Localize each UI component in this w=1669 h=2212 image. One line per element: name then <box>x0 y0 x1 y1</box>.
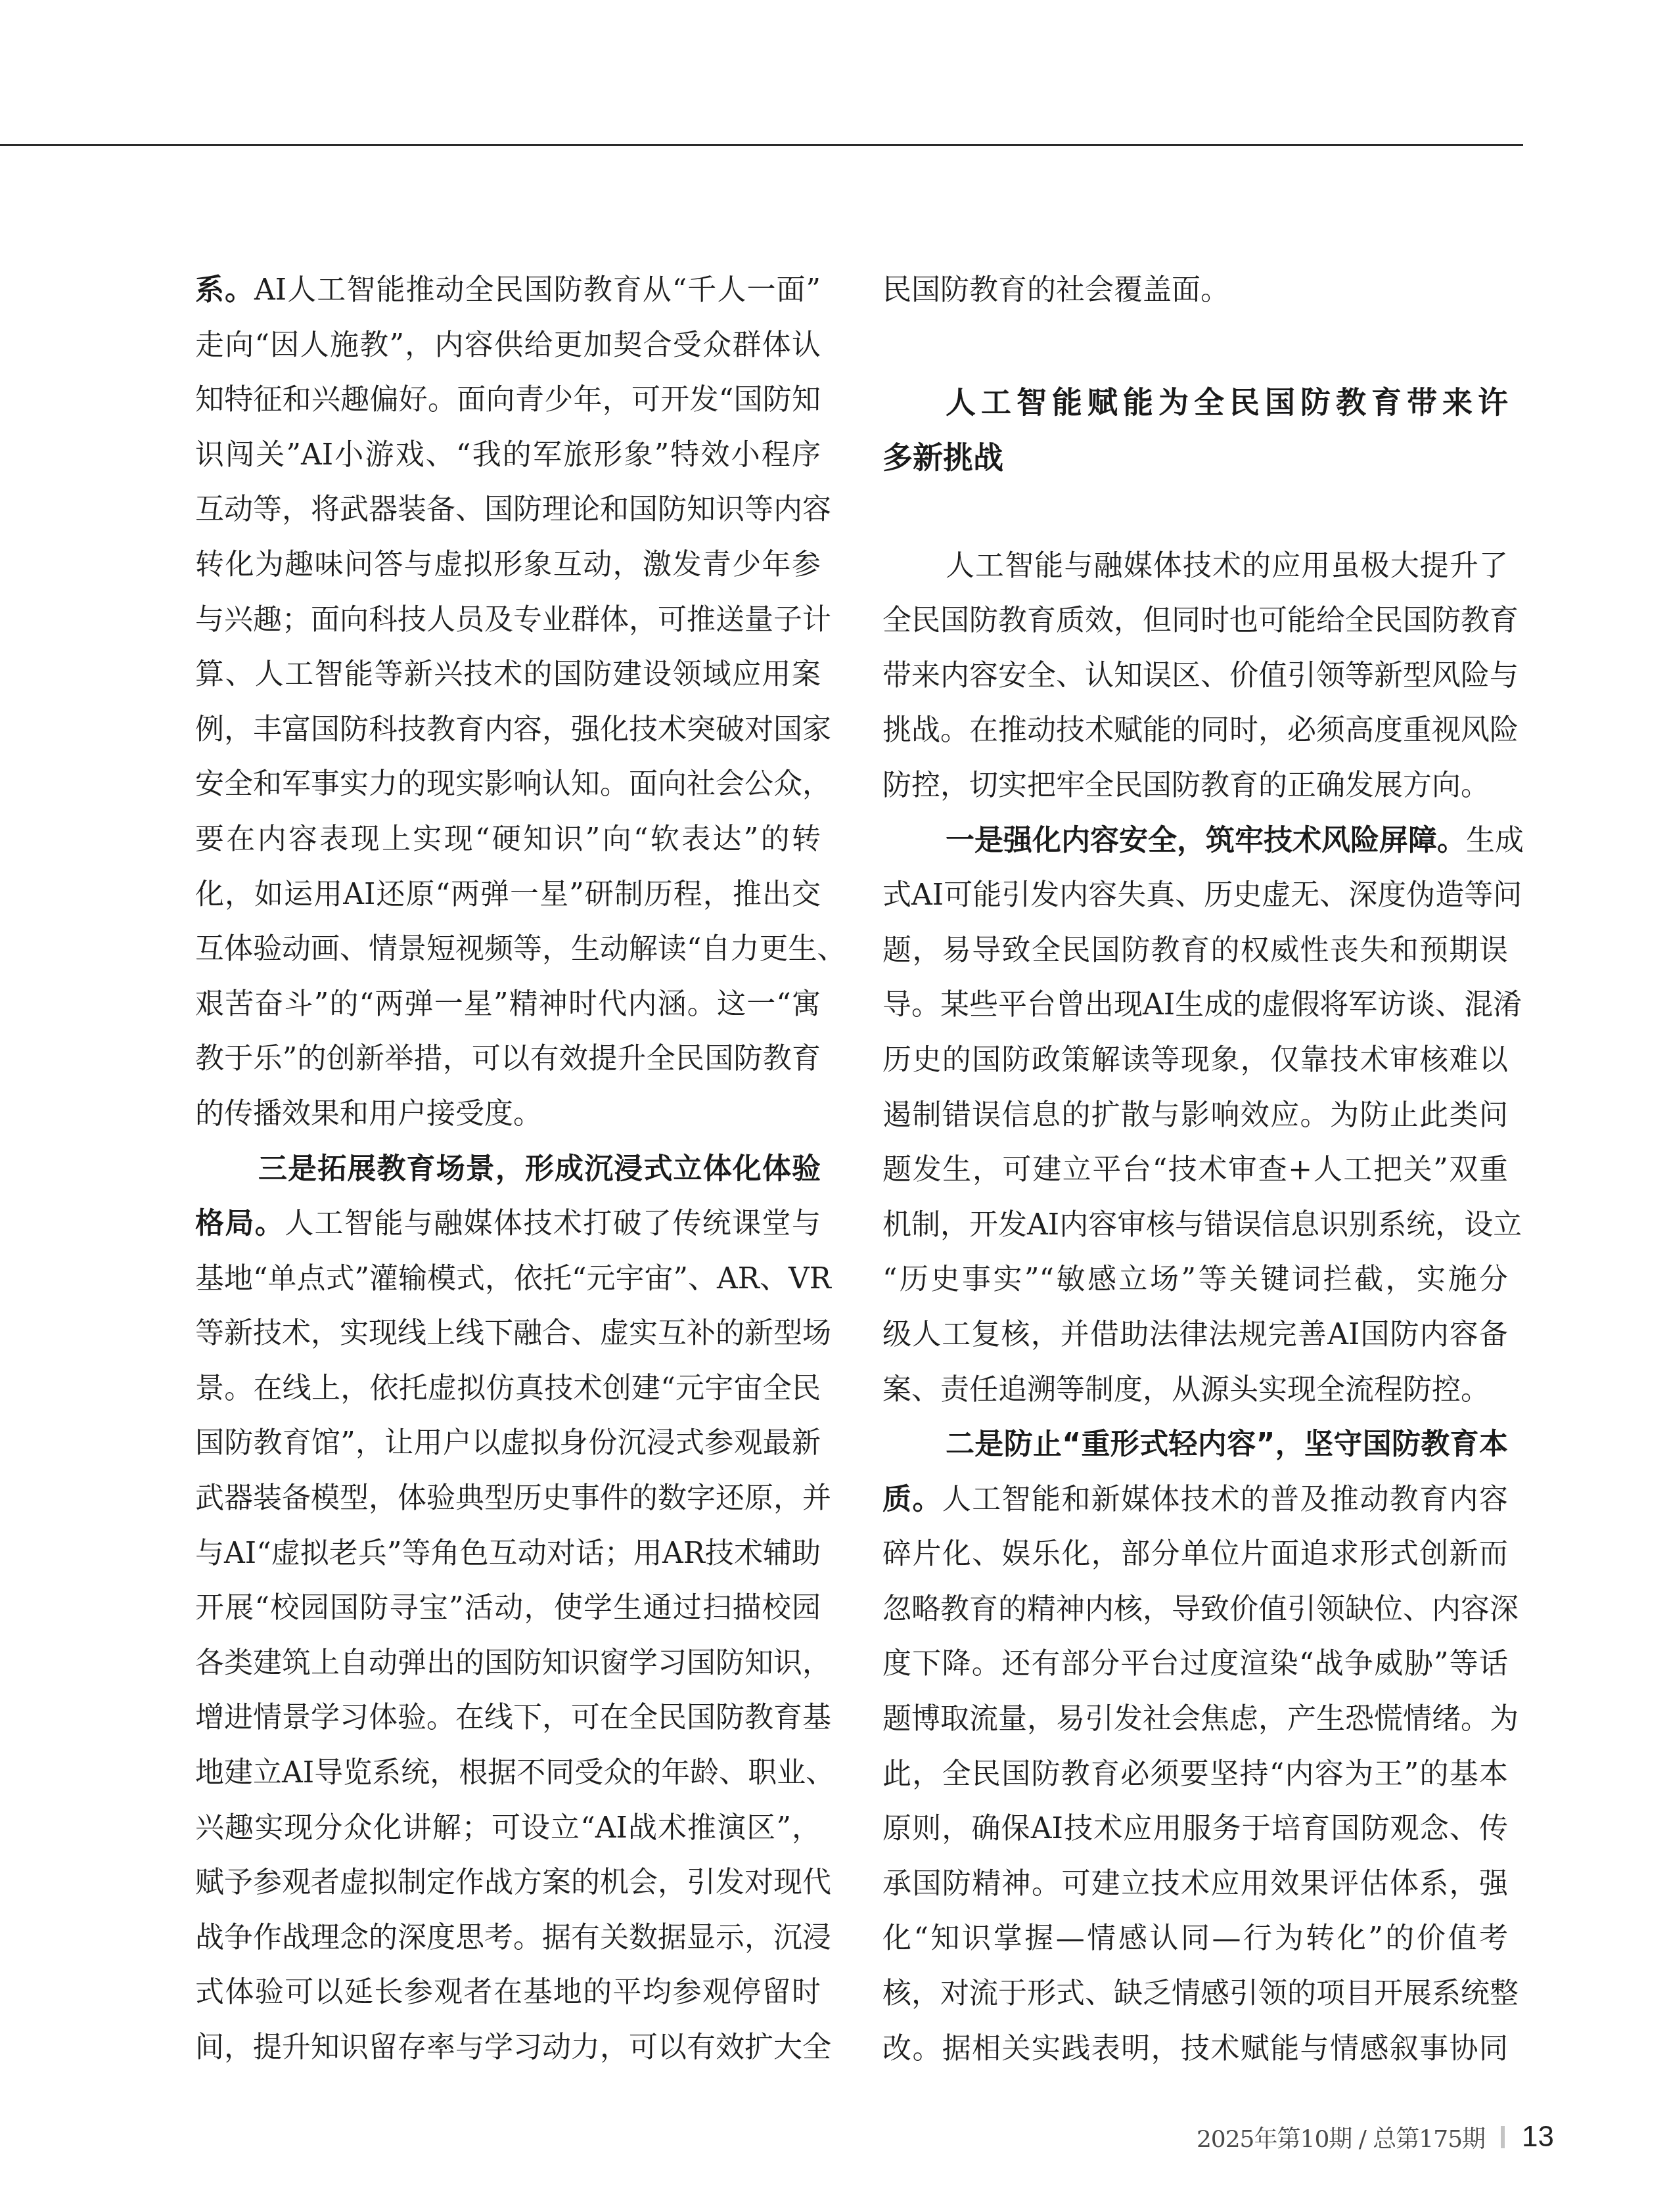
right-column: 民国防教育的社会覆盖面。 人工智能赋能为全民国防教育带来许 多新挑战 人工智能与… <box>882 263 1508 2076</box>
body-text: 带来内容安全、认知误区、价值引领等新型风险与 <box>882 659 1519 692</box>
text-line: 算、人工智能等新兴技术的国防建设领域应用案 <box>195 647 821 702</box>
body-text: 度下降。还有部分平台过度渲染“战争威胁”等话 <box>882 1647 1508 1681</box>
text-line: 景。在线上，依托虚拟仿真技术创建“元宇宙全民 <box>195 1361 821 1416</box>
body-text: 此，全民国防教育必须要坚持“内容为王”的基本 <box>882 1757 1508 1791</box>
text-line: 人工智能与融媒体技术的应用虽极大提升了 <box>882 539 1508 594</box>
text-line: 改。据相关实践表明，技术赋能与情感叙事协同 <box>882 2021 1508 2077</box>
text-line: 战争作战理念的深度思考。据有关数据显示，沉浸 <box>195 1910 821 1966</box>
text-line: 化“知识掌握—情感认同—行为转化”的价值考 <box>882 1911 1508 1966</box>
body-text: 忽略教育的精神内核，导致价值引领缺位、内容深 <box>882 1592 1519 1626</box>
body-text: 级人工复核，并借助法律法规完善AI国防内容备 <box>882 1318 1508 1351</box>
body-text: 机制，开发AI内容审核与错误信息识别系统，设立 <box>882 1208 1522 1242</box>
text-line: 式AI可能引发内容失真、历史虚无、深度伪造等问 <box>882 868 1508 923</box>
text-line: 此，全民国防教育必须要坚持“内容为王”的基本 <box>882 1747 1508 1802</box>
text-line: 的传播效果和用户接受度。 <box>195 1087 821 1142</box>
text-line: 质。人工智能和新媒体技术的普及推动教育内容 <box>882 1472 1508 1527</box>
text-line: 历史的国防政策解读等现象，仅靠技术审核难以 <box>882 1033 1508 1088</box>
body-text: 战争作战理念的深度思考。据有关数据显示，沉浸 <box>195 1921 831 1954</box>
text-line: 互动等，将武器装备、国防理论和国防知识等内容 <box>195 482 821 537</box>
lead-phrase: 格局。 <box>195 1207 285 1240</box>
body-text: 互动等，将武器装备、国防理论和国防知识等内容 <box>195 493 831 526</box>
body-text: 地建立AI导览系统，根据不同受众的年龄、职业、 <box>195 1756 834 1790</box>
body-text: 与AI“虚拟老兵”等角色互动对话；用AR技术辅助 <box>195 1537 821 1570</box>
text-line: 案、责任追溯等制度，从源头实现全流程防控。 <box>882 1363 1508 1418</box>
text-line: 互体验动画、情景短视频等，生动解读“自力更生、 <box>195 922 821 977</box>
body-text: 增进情景学习体验。在线下，可在全民国防教育基 <box>195 1701 831 1734</box>
body-text: 间，提升知识留存率与学习动力，可以有效扩大全 <box>195 2031 831 2064</box>
text-line: 核，对流于形式、缺乏情感引领的项目开展系统整 <box>882 1966 1508 2021</box>
body-text: 艰苦奋斗”的“两弹一星”精神时代内涵。这一“寓 <box>195 987 821 1021</box>
body-text: 核，对流于形式、缺乏情感引领的项目开展系统整 <box>882 1977 1519 2010</box>
text-line: 级人工复核，并借助法律法规完善AI国防内容备 <box>882 1307 1508 1363</box>
text-line: 带来内容安全、认知误区、价值引领等新型风险与 <box>882 648 1508 704</box>
text-line: 二是防止“重形式轻内容”，坚守国防教育本 <box>882 1417 1508 1472</box>
text-line: 国防教育馆”，让用户以虚拟身份沉浸式参观最新 <box>195 1416 821 1471</box>
body-text: 化“知识掌握—情感认同—行为转化”的价值考 <box>882 1922 1508 1955</box>
text-line: 遏制错误信息的扩散与影响效应。为防止此类问 <box>882 1088 1508 1143</box>
text-line: 与兴趣；面向科技人员及专业群体，可推送量子计 <box>195 593 821 648</box>
body-text: 历史的国防政策解读等现象，仅靠技术审核难以 <box>882 1043 1508 1077</box>
body-text: 化，如运用AI还原“两弹一星”研制历程，推出交 <box>195 878 821 911</box>
text-line: 基地“单点式”灌输模式，依托“元宇宙”、AR、VR <box>195 1252 821 1307</box>
text-line: 艰苦奋斗”的“两弹一星”精神时代内涵。这一“寓 <box>195 977 821 1032</box>
body-text: 遏制错误信息的扩散与影响效应。为防止此类问 <box>882 1098 1508 1132</box>
text-line: 间，提升知识留存率与学习动力，可以有效扩大全 <box>195 2020 821 2075</box>
body-text: 基地“单点式”灌输模式，依托“元宇宙”、AR、VR <box>195 1262 831 1296</box>
text-line: 机制，开发AI内容审核与错误信息识别系统，设立 <box>882 1198 1508 1253</box>
body-text: 题发生，可建立平台“技术审查+人工把关”双重 <box>882 1153 1508 1186</box>
text-line: 题发生，可建立平台“技术审查+人工把关”双重 <box>882 1142 1508 1198</box>
text-line: 挑战。在推动技术赋能的同时，必须高度重视风险 <box>882 703 1508 758</box>
text-line: 三是拓展教育场景，形成沉浸式立体化体验 <box>195 1142 821 1197</box>
body-text: 人工智能与融媒体技术打破了传统课堂与 <box>285 1207 821 1240</box>
body-text: 改。据相关实践表明，技术赋能与情感叙事协同 <box>882 2032 1508 2065</box>
text-line: 度下降。还有部分平台过度渲染“战争威胁”等话 <box>882 1636 1508 1692</box>
spacer <box>882 485 1508 539</box>
page-number: 13 <box>1522 2121 1554 2154</box>
text-line: 一是强化内容安全，筑牢技术风险屏障。生成 <box>882 813 1508 869</box>
body-text: 国防教育馆”，让用户以虚拟身份沉浸式参观最新 <box>195 1426 821 1460</box>
left-column: 系。AI人工智能推动全民国防教育从“千人一面”走向“因人施教”，内容供给更加契合… <box>195 263 821 2075</box>
text-line: 知特征和兴趣偏好。面向青少年，可开发“国防知 <box>195 372 821 428</box>
body-text: 赋予参观者虚拟制定作战方案的机会，引发对现代 <box>195 1866 831 1899</box>
lead-phrase: 二是防止“重形式轻内容”，坚守国防教育本 <box>946 1428 1508 1461</box>
body-text: 景。在线上，依托虚拟仿真技术创建“元宇宙全民 <box>195 1372 821 1405</box>
section-heading-line-1: 人工智能赋能为全民国防教育带来许 <box>882 374 1508 430</box>
body-text: 式体验可以延长参观者在基地的平均参观停留时 <box>195 1975 821 2009</box>
body-text: 题，易导致全民国防教育的权威性丧失和预期误 <box>882 934 1508 967</box>
text-line: 各类建筑上自动弹出的国防知识窗学习国防知识， <box>195 1636 821 1691</box>
text-line: 防控，切实把牢全民国防教育的正确发展方向。 <box>882 758 1508 813</box>
body-text: 原则，确保AI技术应用服务于培育国防观念、传 <box>882 1812 1508 1845</box>
body-text: 式AI可能引发内容失真、历史虚无、深度伪造等问 <box>882 878 1522 912</box>
text-line: 题博取流量，易引发社会焦虑，产生恐慌情绪。为 <box>882 1692 1508 1747</box>
page-footer: 2025年第10期 / 总第175期 13 <box>1197 2121 1554 2154</box>
body-text: 等新技术，实现线上线下融合、虚实互补的新型场 <box>195 1317 831 1350</box>
body-text: 碎片化、娱乐化，部分单位片面追求形式创新而 <box>882 1537 1508 1571</box>
body-text: 题博取流量，易引发社会焦虑，产生恐慌情绪。为 <box>882 1702 1519 1736</box>
text-line: 化，如运用AI还原“两弹一星”研制历程，推出交 <box>195 867 821 922</box>
body-text: 案、责任追溯等制度，从源头实现全流程防控。 <box>882 1373 1490 1407</box>
intro-line: 民国防教育的社会覆盖面。 <box>882 263 1508 318</box>
body-text: 各类建筑上自动弹出的国防知识窗学习国防知识， <box>195 1646 831 1680</box>
body-text: AI人工智能推动全民国防教育从“千人一面” <box>254 273 821 307</box>
text-line: 式体验可以延长参观者在基地的平均参观停留时 <box>195 1965 821 2020</box>
text-line: 与AI“虚拟老兵”等角色互动对话；用AR技术辅助 <box>195 1526 821 1581</box>
body-text: 安全和军事实力的现实影响认知。面向社会公众， <box>195 767 831 801</box>
body-text: 互体验动画、情景短视频等，生动解读“自力更生、 <box>195 932 846 966</box>
body-text: 承国防精神。可建立技术应用效果评估体系，强 <box>882 1867 1508 1901</box>
text-line: 要在内容表现上实现“硬知识”向“软表达”的转 <box>195 812 821 867</box>
text-line: 开展“校园国防寻宝”活动，使学生通过扫描校园 <box>195 1581 821 1636</box>
body-text: 要在内容表现上实现“硬知识”向“软表达”的转 <box>195 823 821 856</box>
body-text: 例，丰富国防科技教育内容，强化技术突破对国家 <box>195 713 831 746</box>
text-line: 忽略教育的精神内核，导致价值引领缺位、内容深 <box>882 1582 1508 1637</box>
text-line: 题，易导致全民国防教育的权威性丧失和预期误 <box>882 923 1508 978</box>
section-heading-line-2: 多新挑战 <box>882 430 1508 485</box>
body-text: “历史事实”“敏感立场”等关键词拦截，实施分 <box>882 1263 1508 1296</box>
body-text: 转化为趣味问答与虚拟形象互动，激发青少年参 <box>195 548 821 581</box>
body-text: 算、人工智能等新兴技术的国防建设领域应用案 <box>195 658 821 691</box>
body-text: 民国防教育的社会覆盖面。 <box>882 273 1229 307</box>
text-line: 教于乐”的创新举措，可以有效提升全民国防教育 <box>195 1031 821 1087</box>
text-line: 全民国防教育质效，但同时也可能给全民国防教育 <box>882 593 1508 648</box>
text-line: 原则，确保AI技术应用服务于培育国防观念、传 <box>882 1801 1508 1857</box>
text-line: 武器装备模型，体验典型历史事件的数字还原，并 <box>195 1471 821 1526</box>
body-text: 挑战。在推动技术赋能的同时，必须高度重视风险 <box>882 713 1519 747</box>
body-text: 全民国防教育质效，但同时也可能给全民国防教育 <box>882 604 1519 637</box>
text-line: 导。某些平台曾出现AI生成的虚假将军访谈、混淆 <box>882 978 1508 1033</box>
body-text: 人工智能与融媒体技术的应用虽极大提升了 <box>946 549 1508 583</box>
body-text: 走向“因人施教”，内容供给更加契合受众群体认 <box>195 328 821 362</box>
text-line: 安全和军事实力的现实影响认知。面向社会公众， <box>195 757 821 812</box>
text-line: 增进情景学习体验。在线下，可在全民国防教育基 <box>195 1690 821 1746</box>
body-text: 开展“校园国防寻宝”活动，使学生通过扫描校园 <box>195 1591 821 1625</box>
header-rule <box>0 144 1523 146</box>
lead-phrase: 一是强化内容安全，筑牢技术风险屏障。 <box>946 824 1466 857</box>
body-text: 识闯关”AI小游戏、“我的军旅形象”特效小程序 <box>195 438 821 472</box>
body-text: 武器装备模型，体验典型历史事件的数字还原，并 <box>195 1481 831 1515</box>
text-line: 格局。人工智能与融媒体技术打破了传统课堂与 <box>195 1196 821 1252</box>
text-line: 走向“因人施教”，内容供给更加契合受众群体认 <box>195 318 821 373</box>
body-text: 的传播效果和用户接受度。 <box>195 1097 542 1131</box>
body-text: 生成 <box>1466 824 1524 857</box>
body-text: 防控，切实把牢全民国防教育的正确发展方向。 <box>882 769 1490 802</box>
lead-phrase: 三是拓展教育场景，形成沉浸式立体化体验 <box>258 1152 821 1186</box>
text-line: 等新技术，实现线上线下融合、虚实互补的新型场 <box>195 1306 821 1361</box>
text-line: 兴趣实现分众化讲解；可设立“AI战术推演区”， <box>195 1801 821 1856</box>
text-line: 赋予参观者虚拟制定作战方案的机会，引发对现代 <box>195 1855 821 1910</box>
body-text: 教于乐”的创新举措，可以有效提升全民国防教育 <box>195 1042 821 1075</box>
text-line: 地建立AI导览系统，根据不同受众的年龄、职业、 <box>195 1746 821 1801</box>
lead-phrase: 质。 <box>882 1483 942 1516</box>
spacer <box>882 318 1508 374</box>
body-text: 知特征和兴趣偏好。面向青少年，可开发“国防知 <box>195 383 821 417</box>
text-line: 承国防精神。可建立技术应用效果评估体系，强 <box>882 1857 1508 1912</box>
body-text: 兴趣实现分众化讲解；可设立“AI战术推演区”， <box>195 1811 821 1845</box>
footer-divider <box>1501 2126 1505 2148</box>
right-column-body: 人工智能与融媒体技术的应用虽极大提升了全民国防教育质效，但同时也可能给全民国防教… <box>882 539 1508 2077</box>
text-line: 碎片化、娱乐化，部分单位片面追求形式创新而 <box>882 1527 1508 1582</box>
body-text: 导。某些平台曾出现AI生成的虚假将军访谈、混淆 <box>882 988 1522 1022</box>
text-line: “历史事实”“敏感立场”等关键词拦截，实施分 <box>882 1252 1508 1307</box>
text-line: 例，丰富国防科技教育内容，强化技术突破对国家 <box>195 702 821 757</box>
issue-label: 2025年第10期 / 总第175期 <box>1197 2121 1485 2154</box>
text-line: 转化为趣味问答与虚拟形象互动，激发青少年参 <box>195 537 821 593</box>
text-line: 系。AI人工智能推动全民国防教育从“千人一面” <box>195 263 821 318</box>
lead-phrase: 系。 <box>195 273 254 307</box>
text-line: 识闯关”AI小游戏、“我的军旅形象”特效小程序 <box>195 428 821 483</box>
body-text: 人工智能和新媒体技术的普及推动教育内容 <box>942 1483 1508 1516</box>
body-text: 与兴趣；面向科技人员及专业群体，可推送量子计 <box>195 603 831 637</box>
